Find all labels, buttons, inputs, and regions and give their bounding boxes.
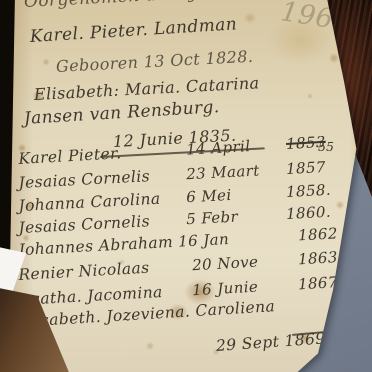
- child-year: 1857: [286, 158, 327, 178]
- child-date: 14 April: [186, 137, 251, 159]
- child-year: 1867.: [298, 273, 344, 293]
- child-date: 20 Nove: [192, 253, 259, 275]
- child-year: 1860.: [286, 203, 332, 223]
- child-year: 1863: [298, 248, 339, 268]
- photo-of-family-register: Oorgenomen uit Bybel 196 Karel. Pieter. …: [0, 0, 372, 372]
- child-year: 1853: [286, 133, 327, 153]
- register-page: Oorgenomen uit Bybel 196 Karel. Pieter. …: [0, 0, 372, 372]
- child-date: 6 Mei: [186, 186, 232, 206]
- child-date: 16 Junie: [192, 278, 259, 300]
- child-date: 16 Jan: [178, 230, 230, 251]
- child-year: 1862: [298, 224, 339, 244]
- child-year: 1858.: [286, 181, 332, 201]
- child-date: 23 Maart: [186, 161, 260, 183]
- child-date: 5 Febr: [186, 208, 239, 229]
- page-wrap: Oorgenomen uit Bybel 196 Karel. Pieter. …: [0, 0, 372, 372]
